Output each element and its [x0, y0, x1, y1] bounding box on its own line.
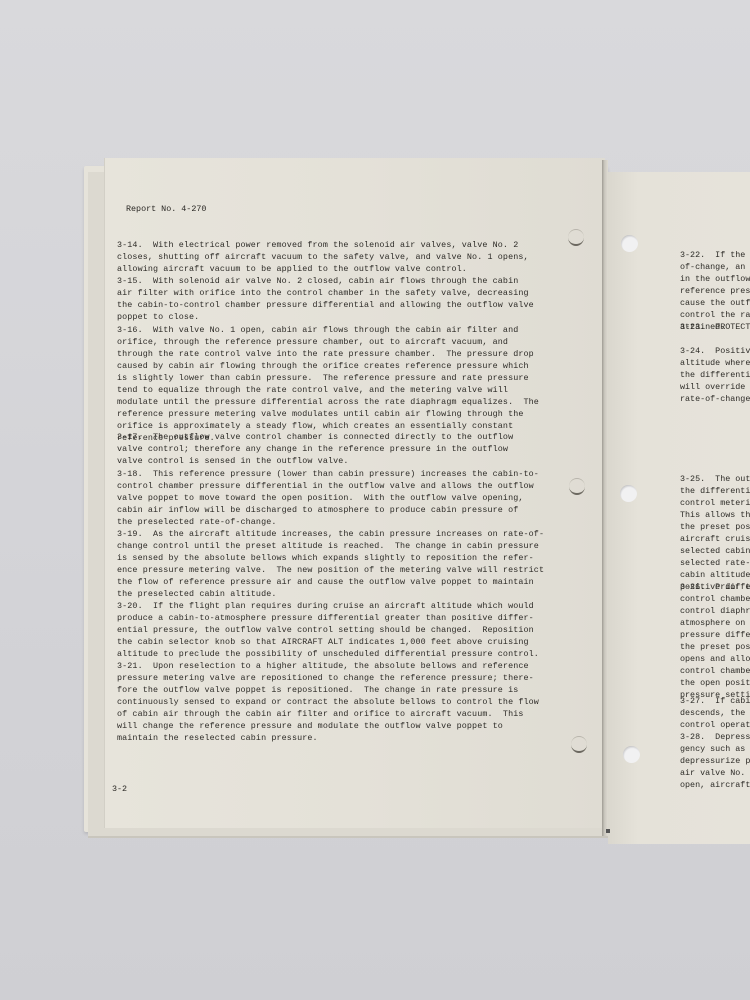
paragraph-3-15: 3-15. With solenoid air valve No. 2 clos…	[117, 275, 534, 323]
text-line: open, aircraft	[680, 779, 750, 791]
text-line: depressurize p	[680, 755, 750, 767]
text-line: control the rate	[680, 309, 750, 321]
text-line: valve poppet to move toward the open pos…	[117, 492, 539, 504]
text-line: the differentia	[680, 485, 750, 497]
text-line: control diaphra	[680, 605, 750, 617]
text-line: 3-23. PROTECTIV	[680, 321, 750, 333]
report-header: Report No. 4-270	[126, 204, 206, 214]
paragraph-3-19: 3-19. As the aircraft altitude increases…	[117, 528, 544, 600]
text-line: control chamber pressure differential in…	[117, 480, 539, 492]
text-line: closes, shutting off aircraft vacuum to …	[117, 251, 529, 263]
text-line: of-change, an in	[680, 261, 750, 273]
text-line: will override th	[680, 381, 750, 393]
text-line: air valve No.	[680, 767, 750, 779]
text-line: the preset posi	[680, 641, 750, 653]
paragraph-3-20: 3-20. If the flight plan requires during…	[117, 600, 539, 660]
text-line: 3-15. With solenoid air valve No. 2 clos…	[117, 275, 534, 287]
text-line: 3-27. If cabin	[680, 695, 750, 707]
text-line: selected rate-o	[680, 557, 750, 569]
text-line: control meterin	[680, 497, 750, 509]
text-line: caused by cabin air flowing through the …	[117, 360, 539, 372]
paragraph-3-21: 3-21. Upon reselection to a higher altit…	[117, 660, 539, 744]
text-line: altitude where t	[680, 357, 750, 369]
text-line: through the rate control valve into the …	[117, 348, 539, 360]
page-number: 3-2	[112, 784, 127, 794]
text-line: ential pressure, the outflow valve contr…	[117, 624, 539, 636]
paragraph-3-18: 3-18. This reference pressure (lower tha…	[117, 468, 539, 528]
text-line: 3-14. With electrical power removed from…	[117, 239, 529, 251]
paragraph-3-28: 3-28. Depressgency such asdepressurize p…	[680, 731, 750, 791]
text-line: descends, the	[680, 707, 750, 719]
text-line: control chamber	[680, 665, 750, 677]
text-line: produce a cabin-to-atmosphere pressure d…	[117, 612, 539, 624]
text-line: aircraft cruise	[680, 533, 750, 545]
text-line: fore the outflow valve poppet is reposit…	[117, 684, 539, 696]
text-line: tend to equalize through the rate contro…	[117, 384, 539, 396]
text-line: 3-19. As the aircraft altitude increases…	[117, 528, 544, 540]
text-line: valve control is sensed in the outflow v…	[117, 455, 513, 467]
text-line: control operat	[680, 719, 750, 731]
text-line: the open positi	[680, 677, 750, 689]
punch-hole-icon	[621, 235, 638, 252]
text-line: air filter with orifice into the control…	[117, 287, 534, 299]
text-line: 3-26. Prior to	[680, 581, 750, 593]
text-line: 3-20. If the flight plan requires during…	[117, 600, 539, 612]
paragraph-3-17: 3-17. The outflow valve control chamber …	[117, 431, 513, 467]
text-line: opens and allow	[680, 653, 750, 665]
text-line: the differential	[680, 369, 750, 381]
text-line: 3-18. This reference pressure (lower tha…	[117, 468, 539, 480]
paragraph-3-23: 3-23. PROTECTIV	[680, 321, 750, 333]
text-line: valve control; therefore any change in t…	[117, 443, 513, 455]
text-line: the preselected rate-of-change.	[117, 516, 539, 528]
text-line: pressure differ	[680, 629, 750, 641]
text-line: the flow of reference pressure air and c…	[117, 576, 544, 588]
text-line: altitude to preclude the possibility of …	[117, 648, 539, 660]
text-line: gency such as	[680, 743, 750, 755]
text-line: modulate until the pressure differential…	[117, 396, 539, 408]
text-line: This allows the	[680, 509, 750, 521]
punch-hole-impression-icon	[571, 736, 587, 753]
text-line: pressure metering valve are repositioned…	[117, 672, 539, 684]
text-line: will change the reference pressure and m…	[117, 720, 539, 732]
text-line: the cabin selector knob so that AIRCRAFT…	[117, 636, 539, 648]
punch-hole-icon	[620, 485, 637, 502]
text-line: poppet to close.	[117, 311, 534, 323]
paragraph-3-24: 3-24. Positivealtitude where tthe differ…	[680, 345, 750, 405]
text-line: atmosphere on t	[680, 617, 750, 629]
text-line: ence pressure metering valve. The new po…	[117, 564, 544, 576]
text-line: continuously sensed to expand or contrac…	[117, 696, 539, 708]
text-line: is slightly lower than cabin pressure. T…	[117, 372, 539, 384]
paragraph-3-25: 3-25. The outfthe differentiacontrol met…	[680, 473, 750, 593]
paragraph-3-27: 3-27. If cabindescends, thecontrol opera…	[680, 695, 750, 731]
text-line: reference pressu	[680, 285, 750, 297]
text-line: rate-of-change.	[680, 393, 750, 405]
text-line: the preselected cabin altitude.	[117, 588, 544, 600]
text-line: maintain the reselected cabin pressure.	[117, 732, 539, 744]
text-line: selected cabin	[680, 545, 750, 557]
text-line: control chamber	[680, 593, 750, 605]
text-line: 3-16. With valve No. 1 open, cabin air f…	[117, 324, 539, 336]
text-line: cause the outflo	[680, 297, 750, 309]
text-line: cabin air inflow will be discharged to a…	[117, 504, 539, 516]
text-line: in the outflow v	[680, 273, 750, 285]
text-line: 3-25. The outf	[680, 473, 750, 485]
text-line: 3-17. The outflow valve control chamber …	[117, 431, 513, 443]
text-line: 3-28. Depress	[680, 731, 750, 743]
paragraph-3-26: 3-26. Prior tocontrol chambercontrol dia…	[680, 581, 750, 701]
page-corner-mark	[606, 829, 610, 833]
text-line: allowing aircraft vacuum to be applied t…	[117, 263, 529, 275]
text-line: orifice, through the reference pressure …	[117, 336, 539, 348]
text-line: of cabin air through the cabin air filte…	[117, 708, 539, 720]
text-line: is sensed by the absolute bellows which …	[117, 552, 544, 564]
text-line: 3-21. Upon reselection to a higher altit…	[117, 660, 539, 672]
text-line: 3-22. If the ra	[680, 249, 750, 261]
text-line: the cabin-to-control chamber pressure di…	[117, 299, 534, 311]
punch-hole-icon	[623, 746, 640, 763]
text-line: change control until the preset altitude…	[117, 540, 544, 552]
punch-hole-impression-icon	[569, 478, 585, 495]
text-line: 3-24. Positive	[680, 345, 750, 357]
paragraph-3-14: 3-14. With electrical power removed from…	[117, 239, 529, 275]
text-line: cabin altitude	[680, 569, 750, 581]
punch-hole-impression-icon	[568, 229, 584, 246]
text-line: the preset posi	[680, 521, 750, 533]
text-line: reference pressure metering valve modula…	[117, 408, 539, 420]
paragraph-3-16: 3-16. With valve No. 1 open, cabin air f…	[117, 324, 539, 444]
